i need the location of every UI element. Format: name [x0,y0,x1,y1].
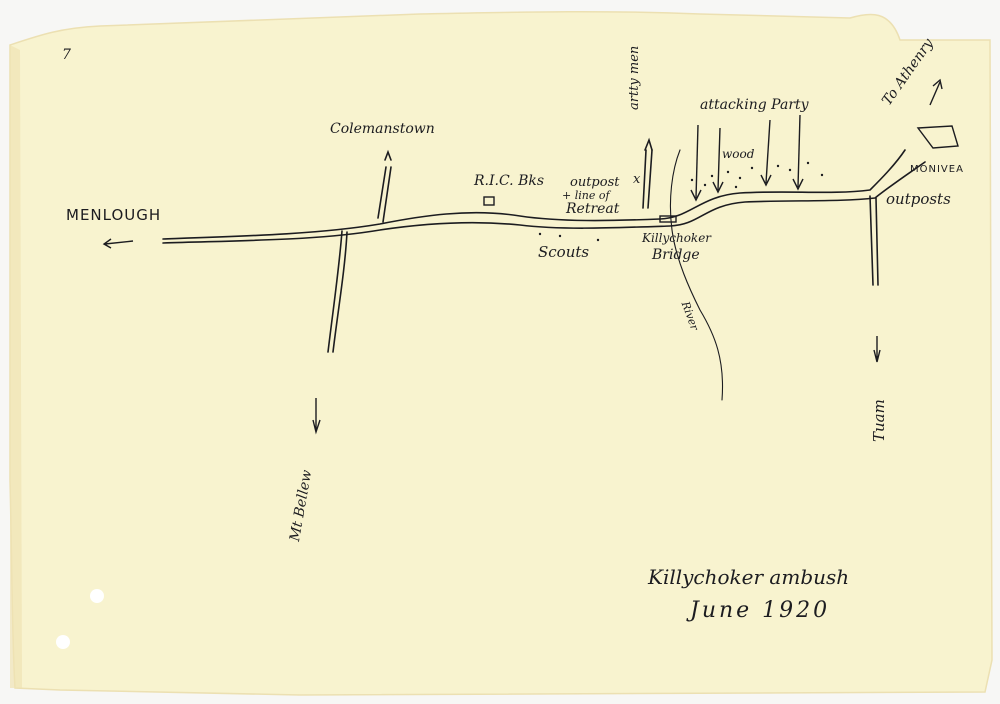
x-mark: x [633,173,640,186]
paper-sheet [10,12,992,695]
label-outpost: outpost [570,176,619,189]
label-artillery: artty men [628,46,641,110]
label-monivea: MONIVEA [910,165,964,175]
label-retreat: Retreat [566,202,619,216]
label-scouts: Scouts [538,245,589,260]
map-sketch [0,0,1000,704]
punch-hole [56,635,70,649]
caption-date: June 1920 [690,600,830,622]
caption-title: Killychoker ambush [648,567,849,587]
label-bridge-name: Killychoker [642,232,711,244]
label-colemanstown: Colemanstown [330,122,435,136]
label-tuam: Tuam [872,399,887,442]
label-wood: wood [722,148,754,160]
label-menlough: MENLOUGH [66,208,161,223]
label-ric-barracks: R.I.C. Bks [474,174,544,188]
label-bridge: Bridge [652,248,700,262]
corner-mark: 7 [62,48,71,62]
punch-hole [90,589,104,603]
label-line-of: + line of [562,190,610,201]
label-outposts: outposts [886,192,951,207]
label-attacking-party: attacking Party [700,98,809,112]
